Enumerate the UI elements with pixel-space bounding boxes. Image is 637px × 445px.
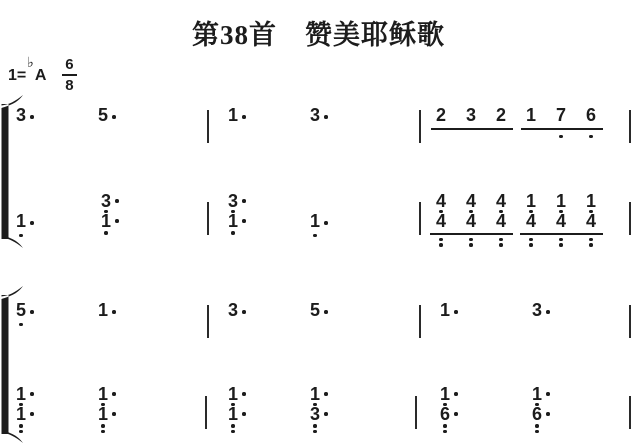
- note-number: 5: [96, 107, 110, 123]
- barline: [419, 305, 421, 338]
- augmentation-dot: [242, 219, 246, 223]
- octave-dot: [101, 424, 105, 428]
- barline: [629, 202, 631, 235]
- fraction-bar: [62, 74, 77, 76]
- barline: [207, 305, 209, 338]
- note-number: 1: [14, 386, 28, 402]
- beam-line: [521, 128, 603, 130]
- octave-dot: [535, 424, 539, 428]
- octave-dot: [499, 243, 503, 247]
- augmentation-dot: [112, 412, 116, 416]
- augmentation-dot: [242, 199, 246, 203]
- barline: [629, 305, 631, 338]
- note-number: 4: [464, 213, 478, 229]
- note-number: 7: [554, 107, 568, 123]
- note-number: 3: [99, 193, 113, 209]
- octave-dot: [313, 234, 317, 238]
- octave-dot: [19, 234, 23, 238]
- octave-dot: [589, 243, 593, 247]
- octave-dot: [231, 424, 235, 428]
- octave-dot: [439, 243, 443, 247]
- note-number: 1: [226, 107, 240, 123]
- beam-line: [430, 233, 513, 235]
- augmentation-dot: [30, 221, 34, 225]
- note-number: 2: [494, 107, 508, 123]
- octave-dot: [559, 243, 563, 247]
- octave-dot: [19, 323, 23, 327]
- note-number: 1: [584, 193, 598, 209]
- barline: [207, 202, 209, 235]
- beam-line: [520, 233, 603, 235]
- augmentation-dot: [324, 221, 328, 225]
- octave-dot: [469, 238, 473, 242]
- augmentation-dot: [30, 310, 34, 314]
- note-number: 3: [226, 193, 240, 209]
- note-number: 3: [308, 107, 322, 123]
- key-letter: A: [35, 67, 47, 85]
- note-number: 3: [14, 107, 28, 123]
- barline: [207, 110, 209, 143]
- octave-dot: [231, 430, 235, 434]
- note-number: 5: [14, 302, 28, 318]
- augmentation-dot: [112, 310, 116, 314]
- augmentation-dot: [546, 412, 550, 416]
- note-number: 4: [494, 213, 508, 229]
- augmentation-dot: [242, 115, 246, 119]
- augmentation-dot: [324, 412, 328, 416]
- note-number: 1: [308, 213, 322, 229]
- note-number: 3: [226, 302, 240, 318]
- octave-dot: [313, 424, 317, 428]
- barline: [415, 396, 417, 429]
- note-number: 2: [434, 107, 448, 123]
- octave-dot: [443, 430, 447, 434]
- barline: [419, 202, 421, 235]
- flat-icon: ♭: [27, 54, 34, 71]
- augmentation-dot: [30, 392, 34, 396]
- octave-dot: [559, 135, 563, 139]
- time-signature: 6 8: [60, 56, 78, 94]
- key-signature: 1= ♭ A 6 8: [8, 56, 78, 94]
- octave-dot: [313, 430, 317, 434]
- note-number: 1: [554, 193, 568, 209]
- augmentation-dot: [112, 115, 116, 119]
- octave-dot: [529, 243, 533, 247]
- note-number: 1: [96, 302, 110, 318]
- note-number: 4: [494, 193, 508, 209]
- augmentation-dot: [454, 392, 458, 396]
- note-number: 4: [584, 213, 598, 229]
- note-number: 3: [530, 302, 544, 318]
- augmentation-dot: [242, 412, 246, 416]
- octave-dot: [443, 424, 447, 428]
- barline: [205, 396, 207, 429]
- octave-dot: [19, 424, 23, 428]
- octave-dot: [499, 238, 503, 242]
- note-number: 1: [226, 406, 240, 422]
- augmentation-dot: [112, 392, 116, 396]
- note-number: 1: [96, 386, 110, 402]
- note-number: 1: [524, 107, 538, 123]
- note-number: 1: [226, 386, 240, 402]
- note-number: 1: [438, 386, 452, 402]
- tonic-prefix: 1=: [8, 67, 26, 85]
- octave-dot: [104, 231, 108, 235]
- octave-dot: [231, 231, 235, 235]
- note-number: 1: [99, 213, 113, 229]
- augmentation-dot: [454, 310, 458, 314]
- augmentation-dot: [324, 392, 328, 396]
- augmentation-dot: [30, 412, 34, 416]
- octave-dot: [469, 243, 473, 247]
- note-number: 6: [438, 406, 452, 422]
- note-number: 6: [584, 107, 598, 123]
- augmentation-dot: [546, 392, 550, 396]
- note-number: 1: [14, 213, 28, 229]
- augmentation-dot: [324, 310, 328, 314]
- octave-dot: [529, 238, 533, 242]
- note-number: 1: [524, 193, 538, 209]
- octave-dot: [589, 238, 593, 242]
- octave-dot: [589, 135, 593, 139]
- beam-line: [431, 128, 513, 130]
- octave-dot: [559, 238, 563, 242]
- augmentation-dot: [30, 115, 34, 119]
- meter-numerator: 6: [65, 56, 73, 73]
- octave-dot: [439, 238, 443, 242]
- note-number: 4: [434, 193, 448, 209]
- note-number: 1: [530, 386, 544, 402]
- meter-denominator: 8: [65, 77, 73, 94]
- note-number: 1: [308, 386, 322, 402]
- augmentation-dot: [115, 219, 119, 223]
- note-number: 1: [438, 302, 452, 318]
- note-number: 4: [434, 213, 448, 229]
- note-number: 4: [554, 213, 568, 229]
- note-number: 1: [96, 406, 110, 422]
- augmentation-dot: [454, 412, 458, 416]
- augmentation-dot: [242, 392, 246, 396]
- augmentation-dot: [324, 115, 328, 119]
- augmentation-dot: [242, 310, 246, 314]
- sheet-music-page: 第38首 赞美耶稣歌 1= ♭ A 6 8 351323217613131144…: [0, 0, 637, 445]
- note-number: 6: [530, 406, 544, 422]
- note-number: 1: [14, 406, 28, 422]
- barline: [419, 110, 421, 143]
- note-number: 4: [524, 213, 538, 229]
- song-title: 第38首 赞美耶稣歌: [0, 13, 637, 52]
- octave-dot: [101, 430, 105, 434]
- note-number: 1: [226, 213, 240, 229]
- note-number: 5: [308, 302, 322, 318]
- barline: [629, 110, 631, 143]
- octave-dot: [19, 430, 23, 434]
- note-number: 4: [464, 193, 478, 209]
- barline: [629, 396, 631, 429]
- octave-dot: [535, 430, 539, 434]
- note-number: 3: [308, 406, 322, 422]
- augmentation-dot: [115, 199, 119, 203]
- note-number: 3: [464, 107, 478, 123]
- augmentation-dot: [546, 310, 550, 314]
